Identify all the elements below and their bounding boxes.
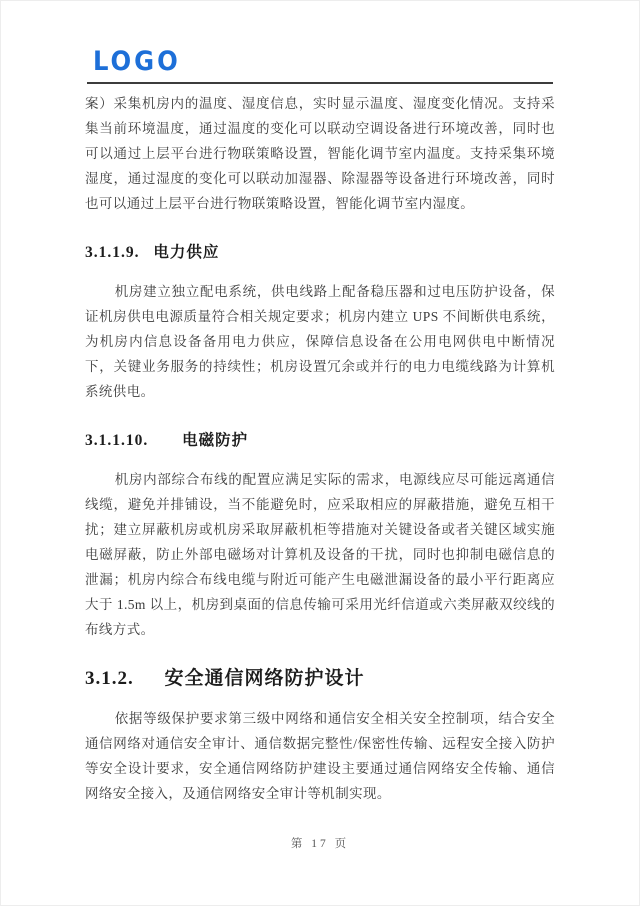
heading-secure-network-design: 3.1.2. 安全通信网络防护设计 bbox=[85, 665, 555, 693]
heading-number: 3.1.1.9. bbox=[85, 244, 140, 261]
heading-number: 3.1.1.10. bbox=[85, 432, 148, 449]
paragraph-power-supply: 机房建立独立配电系统，供电线路上配备稳压器和过电压防护设备，保证机房供电电源质量… bbox=[85, 279, 555, 404]
heading-number: 3.1.2. bbox=[85, 668, 134, 689]
paragraph-emi-protection: 机房内部综合布线的配置应满足实际的需求，电源线应尽可能远离通信线缆，避免并排铺设… bbox=[85, 467, 555, 642]
page-number: 第 17 页 bbox=[1, 835, 639, 851]
logo-text: LOGO bbox=[93, 47, 181, 77]
heading-title: 电力供应 bbox=[153, 244, 219, 261]
heading-title: 电磁防护 bbox=[182, 432, 248, 449]
heading-title: 安全通信网络防护设计 bbox=[165, 668, 365, 689]
heading-power-supply: 3.1.1.9. 电力供应 bbox=[85, 242, 555, 264]
heading-emi-protection: 3.1.1.10. 电磁防护 bbox=[85, 430, 555, 452]
paragraph-secure-network-design: 依据等级保护要求第三级中网络和通信安全相关安全控制项，结合安全通信网络对通信安全… bbox=[85, 706, 555, 806]
header-rule bbox=[87, 82, 553, 84]
document-page: LOGO 案）采集机房内的温度、湿度信息，实时显示温度、湿度变化情况。支持采集当… bbox=[0, 0, 640, 906]
document-header: LOGO bbox=[93, 47, 555, 84]
paragraph-environment-monitoring: 案）采集机房内的温度、湿度信息，实时显示温度、湿度变化情况。支持采集当前环境温度… bbox=[85, 91, 555, 216]
